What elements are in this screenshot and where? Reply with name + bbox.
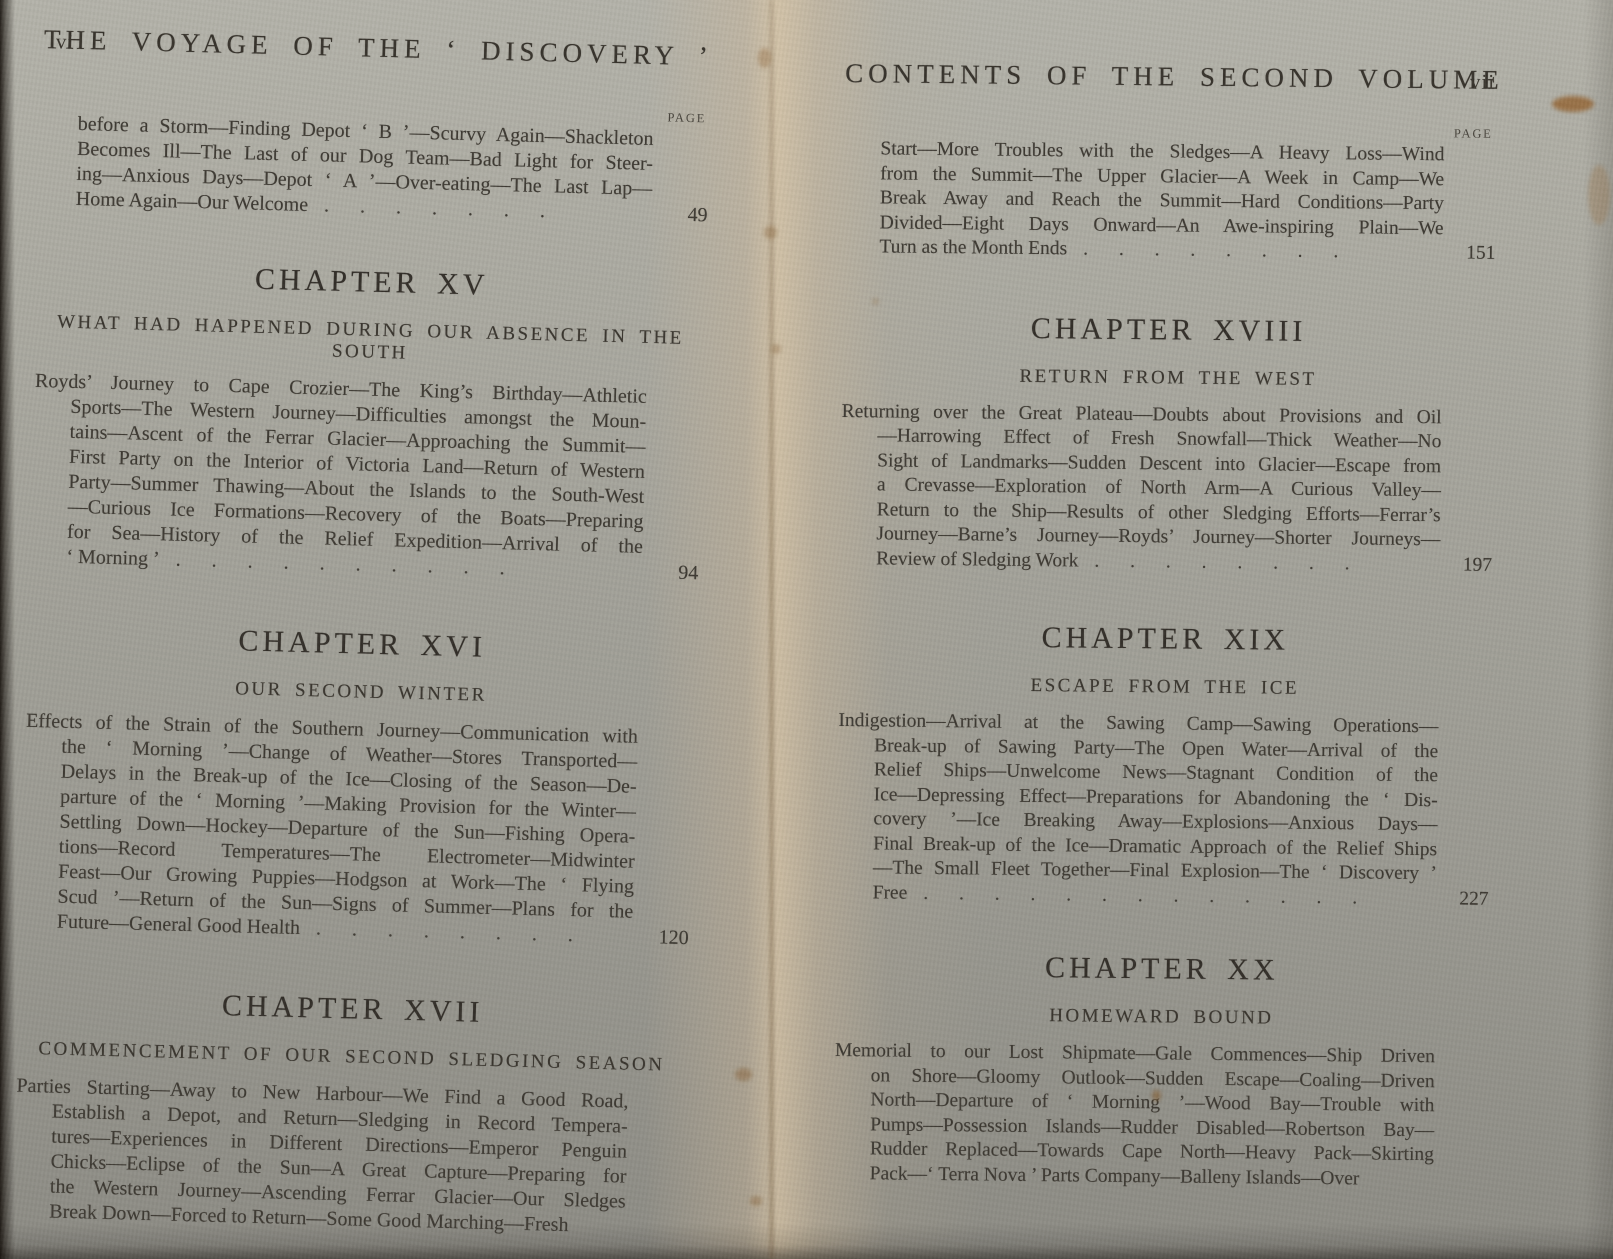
book-photo: { "theme": { "paper_color": "#a6a59d", "… bbox=[0, 0, 1613, 1259]
page-number: 197 bbox=[1463, 553, 1493, 578]
page-number: 151 bbox=[1466, 242, 1496, 267]
gutter-crease bbox=[769, 0, 774, 1259]
chapter-heading: CHAPTER XVIII bbox=[842, 309, 1494, 350]
right-page-header: CONTENTS OF THE SECOND VOLUME vii bbox=[845, 58, 1497, 105]
chapter-entry-continuation-right: Start—More Troubles with the Sledges—A H… bbox=[843, 137, 1496, 266]
chapter-entry: Royds’ Journey to Cape Crozier—The King’… bbox=[30, 369, 703, 586]
foxing-spot bbox=[750, 1196, 762, 1206]
chapter-heading: CHAPTER XV bbox=[37, 257, 706, 308]
right-folio: vii bbox=[1470, 70, 1495, 95]
chapter-subtitle: HOMEWARD BOUND bbox=[835, 1003, 1487, 1032]
summary-last-line: Home Again—Our Welcome bbox=[76, 188, 309, 216]
left-running-head: THE VOYAGE OF THE ‘ DISCOVERY ’ bbox=[44, 24, 713, 72]
chapter-heading: CHAPTER XX bbox=[836, 949, 1488, 990]
chapter-subtitle: ESCAPE FROM THE ICE bbox=[839, 673, 1491, 702]
chapter-section-xviii: CHAPTER XVIII RETURN FROM THE WEST Retur… bbox=[840, 309, 1495, 577]
chapter-heading: CHAPTER XIX bbox=[839, 619, 1491, 660]
page-number: 94 bbox=[678, 561, 699, 587]
page-number: 49 bbox=[687, 203, 708, 229]
foxing-spot bbox=[758, 48, 771, 68]
chapter-section-xvi: CHAPTER XVI OUR SECOND WINTER Effects of… bbox=[21, 619, 697, 951]
dot-leader: . . . . . . . bbox=[308, 194, 545, 222]
right-running-head: CONTENTS OF THE SECOND VOLUME bbox=[845, 58, 1497, 96]
foxing-spot bbox=[1152, 1090, 1161, 1101]
chapter-section-xx: CHAPTER XX HOMEWARD BOUND Memorial to ou… bbox=[834, 949, 1488, 1193]
chapter-section-xv: CHAPTER XV WHAT HAD HAPPENED DURING OUR … bbox=[30, 257, 706, 586]
chapter-entry: Returning over the Great Plateau—Doubts … bbox=[840, 399, 1494, 577]
chapter-entry-continuation-left: before a Storm—Finding Depot ‘ B ’—Scurv… bbox=[39, 111, 709, 228]
chapter-subtitle: OUR SECOND WINTER bbox=[27, 673, 695, 712]
foxing-spot bbox=[1552, 96, 1594, 112]
summary-last-line: Free bbox=[873, 882, 908, 903]
chapter-subtitle: RETURN FROM THE WEST bbox=[842, 363, 1494, 392]
chapter-subtitle: WHAT HAD HAPPENED DURING OUR ABSENCE IN … bbox=[36, 311, 705, 372]
chapter-heading: CHAPTER XVI bbox=[28, 619, 697, 670]
foxing-spot bbox=[771, 344, 781, 354]
summary-last-line: Review of Sledging Work bbox=[876, 548, 1078, 571]
dot-leader: . . . . . . . . bbox=[300, 917, 573, 946]
summary-last-line: Turn as the Month Ends bbox=[879, 236, 1067, 259]
left-page-header: vi THE VOYAGE OF THE ‘ DISCOVERY ’ bbox=[43, 24, 712, 81]
left-folio: vi bbox=[56, 29, 75, 54]
page-number: 120 bbox=[658, 925, 689, 951]
chapter-section-xvii: CHAPTER XVII COMMENCEMENT OF OUR SECOND … bbox=[13, 984, 687, 1241]
dot-leader: . . . . . . . . . . . . . bbox=[907, 882, 1357, 908]
foxing-spot bbox=[735, 1068, 752, 1081]
chapter-entry: Effects of the Strain of the Southern Jo… bbox=[21, 709, 695, 951]
summary-last-line: Future—General Good Health bbox=[57, 911, 301, 939]
dot-leader: . . . . . . . . bbox=[1078, 550, 1349, 574]
chapter-entry: Memorial to our Lost Shipmate—Gale Comme… bbox=[834, 1039, 1488, 1193]
chapter-entry: Parties Starting—Away to New Harbour—We … bbox=[13, 1074, 685, 1241]
foxing-spot bbox=[1588, 165, 1610, 225]
chapter-heading: CHAPTER XVII bbox=[18, 984, 687, 1035]
dot-leader: . . . . . . . . bbox=[1067, 238, 1338, 262]
chapter-subtitle: COMMENCEMENT OF OUR SECOND SLEDGING SEAS… bbox=[17, 1038, 685, 1077]
right-page: CONTENTS OF THE SECOND VOLUME vii PAGE S… bbox=[834, 0, 1498, 1193]
chapter-section-xix: CHAPTER XIX ESCAPE FROM THE ICE Indigest… bbox=[837, 619, 1492, 912]
chapter-entry: Indigestion—Arrival at the Sawing Camp—S… bbox=[837, 709, 1491, 912]
page-number: 227 bbox=[1459, 887, 1489, 912]
foxing-spot bbox=[764, 226, 777, 239]
summary-last-line: ‘ Morning ’ bbox=[66, 546, 160, 570]
summary-last-line: Pack—‘ Terra Nova ’ Parts Company—Ballen… bbox=[870, 1163, 1360, 1189]
left-page: vi THE VOYAGE OF THE ‘ DISCOVERY ’ PAGE … bbox=[13, 0, 713, 1241]
foxing-spot bbox=[872, 298, 879, 305]
